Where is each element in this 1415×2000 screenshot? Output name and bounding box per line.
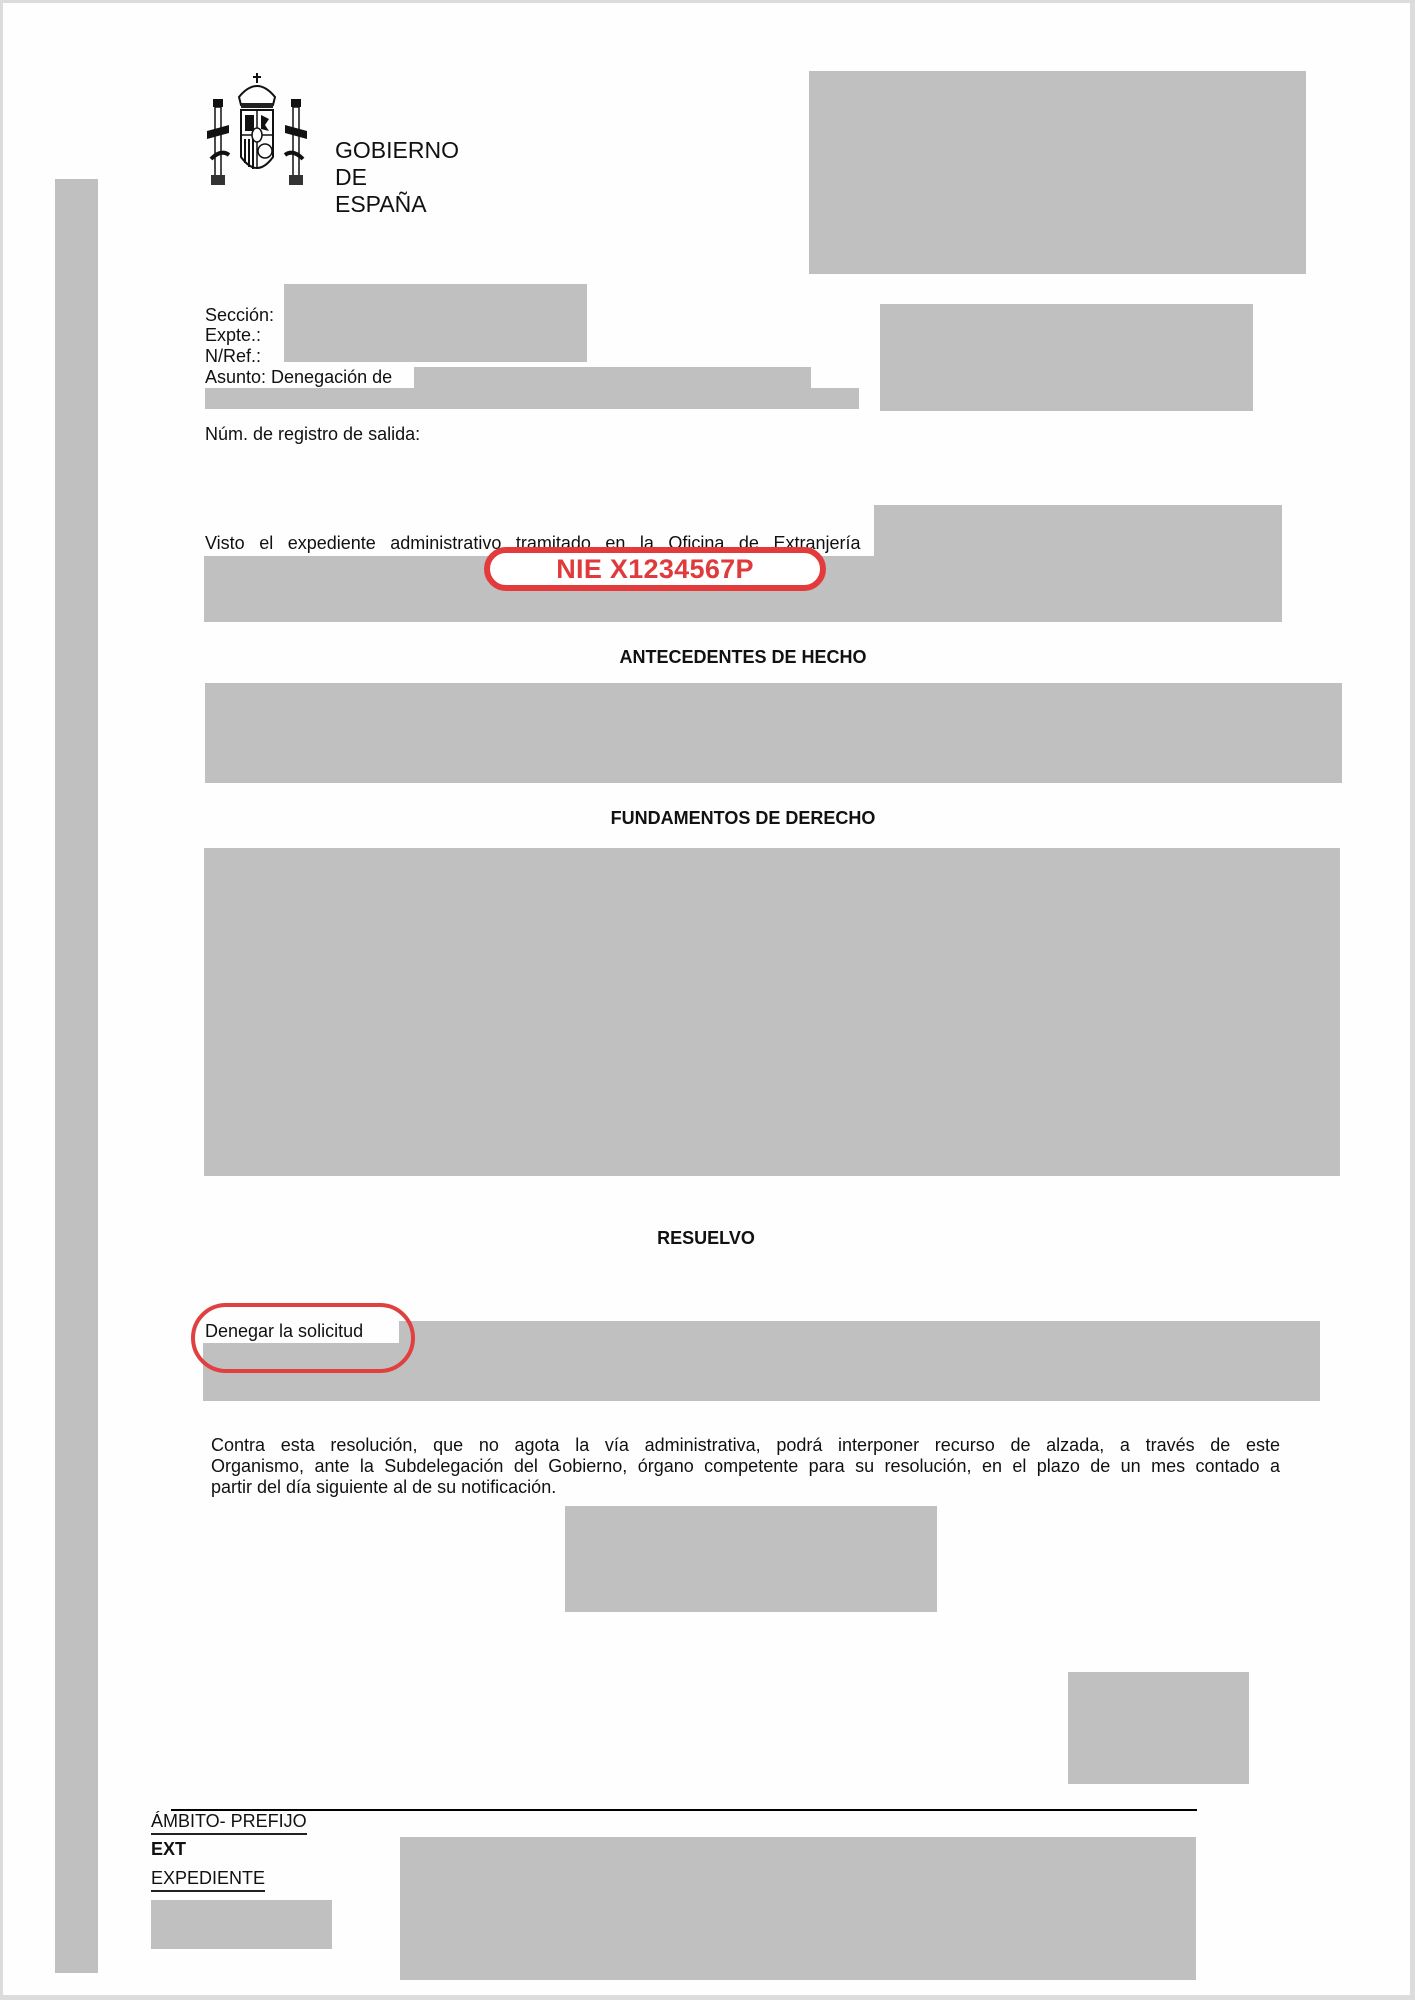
registro-salida-label: Núm. de registro de salida: xyxy=(205,424,420,445)
gov-line-2: DE xyxy=(335,164,459,191)
nie-annotation-text: NIE X1234567P xyxy=(556,554,754,585)
asunto-redaction-2 xyxy=(205,388,859,409)
ext-label: EXT xyxy=(151,1839,186,1860)
left-margin-redaction xyxy=(55,179,98,1973)
ambito-prefijo-label: ÁMBITO- PREFIJO xyxy=(151,1811,307,1835)
gov-line-3: ESPAÑA xyxy=(335,191,459,218)
heading-antecedentes: ANTECEDENTES DE HECHO xyxy=(204,647,1282,668)
nie-annotation: NIE X1234567P xyxy=(484,547,826,591)
document-page: GOBIERNO DE ESPAÑA Sección: Expte.: N/Re… xyxy=(3,3,1410,1995)
expediente-redaction xyxy=(151,1900,332,1949)
antecedentes-redaction xyxy=(205,683,1342,783)
signature-redaction xyxy=(565,1506,937,1612)
fundamentos-redaction xyxy=(204,848,1340,1176)
footer-rule xyxy=(171,1809,1197,1811)
gov-line-1: GOBIERNO xyxy=(335,137,459,164)
seccion-label: Sección: xyxy=(205,305,274,326)
header-right-redaction xyxy=(809,71,1306,274)
nref-label: N/Ref.: xyxy=(205,346,261,367)
resolution-annotation-circle xyxy=(191,1303,415,1373)
asunto-label: Asunto: Denegación de xyxy=(205,367,392,388)
recipient-address-redaction xyxy=(880,304,1253,411)
government-title: GOBIERNO DE ESPAÑA xyxy=(335,137,459,218)
meta-values-redaction xyxy=(284,284,587,362)
heading-fundamentos: FUNDAMENTOS DE DERECHO xyxy=(204,808,1282,829)
visto-redaction-right xyxy=(874,505,1282,556)
expte-label: Expte.: xyxy=(205,325,261,346)
stamp-redaction xyxy=(1068,1672,1249,1784)
footer-address-redaction xyxy=(400,1837,1196,1980)
appeal-paragraph: Contra esta resolución, que no agota la … xyxy=(211,1435,1280,1498)
heading-resuelvo: RESUELVO xyxy=(204,1228,1208,1249)
expediente-label: EXPEDIENTE xyxy=(151,1868,265,1892)
coat-of-arms-logo xyxy=(203,69,311,195)
asunto-redaction-1 xyxy=(414,367,811,389)
